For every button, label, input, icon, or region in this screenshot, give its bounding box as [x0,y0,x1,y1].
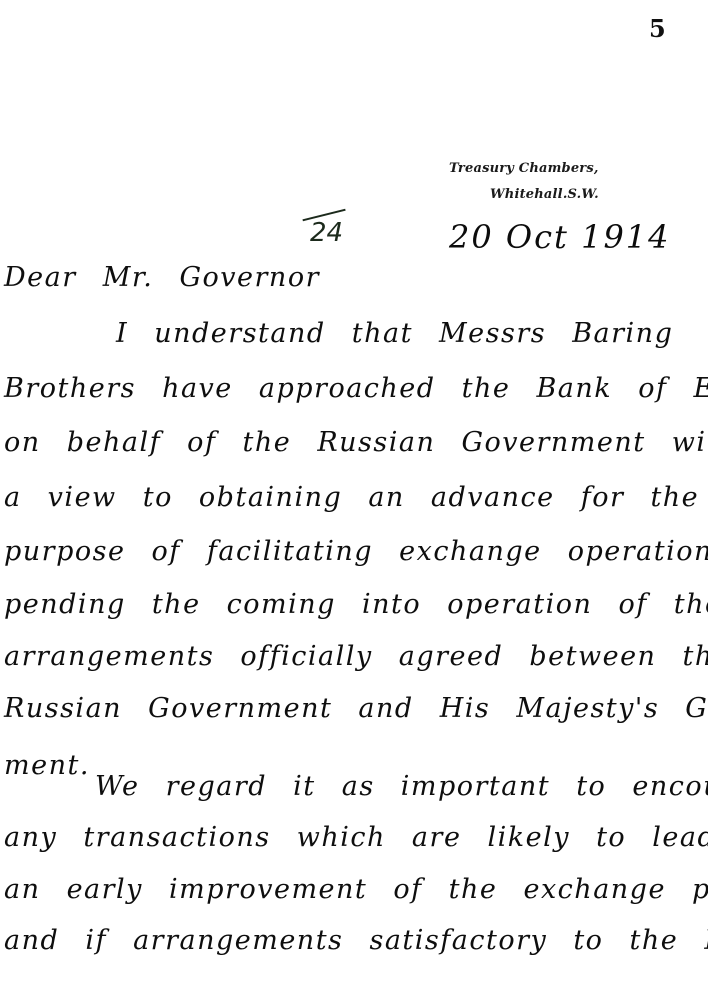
body-line: I understand that Messrs Baring [116,318,673,349]
salutation: Dear Mr. Governor [4,262,320,293]
letter-date: 20 Oct 1914 [449,218,671,256]
reference-annotation: 24 [310,218,343,248]
page-number: 5 [649,14,666,43]
body-line: any transactions which are likely to lea… [4,822,708,853]
letterhead-line-1: Treasury Chambers, [449,161,599,176]
body-line: an early improvement of the exchange pos… [4,874,708,905]
body-line: a view to obtaining an advance for the [4,482,699,513]
body-line: and if arrangements satisfactory to the … [4,925,708,956]
letter-page: 5 Treasury Chambers, Whitehall.S.W. 24 2… [0,0,708,988]
body-line: ment. [4,750,90,781]
body-line: pending the coming into operation of the [4,589,708,620]
body-line: Russian Government and His Majesty's Gov… [4,693,708,724]
letterhead-line-2: Whitehall.S.W. [490,187,599,202]
body-line: purpose of facilitating exchange operati… [4,536,708,567]
body-line: We regard it as important to encourage [95,771,708,802]
body-line: Brothers have approached the Bank of Eng… [4,373,708,404]
body-line: on behalf of the Russian Government with [4,427,708,458]
body-line: arrangements officially agreed between t… [4,641,708,672]
